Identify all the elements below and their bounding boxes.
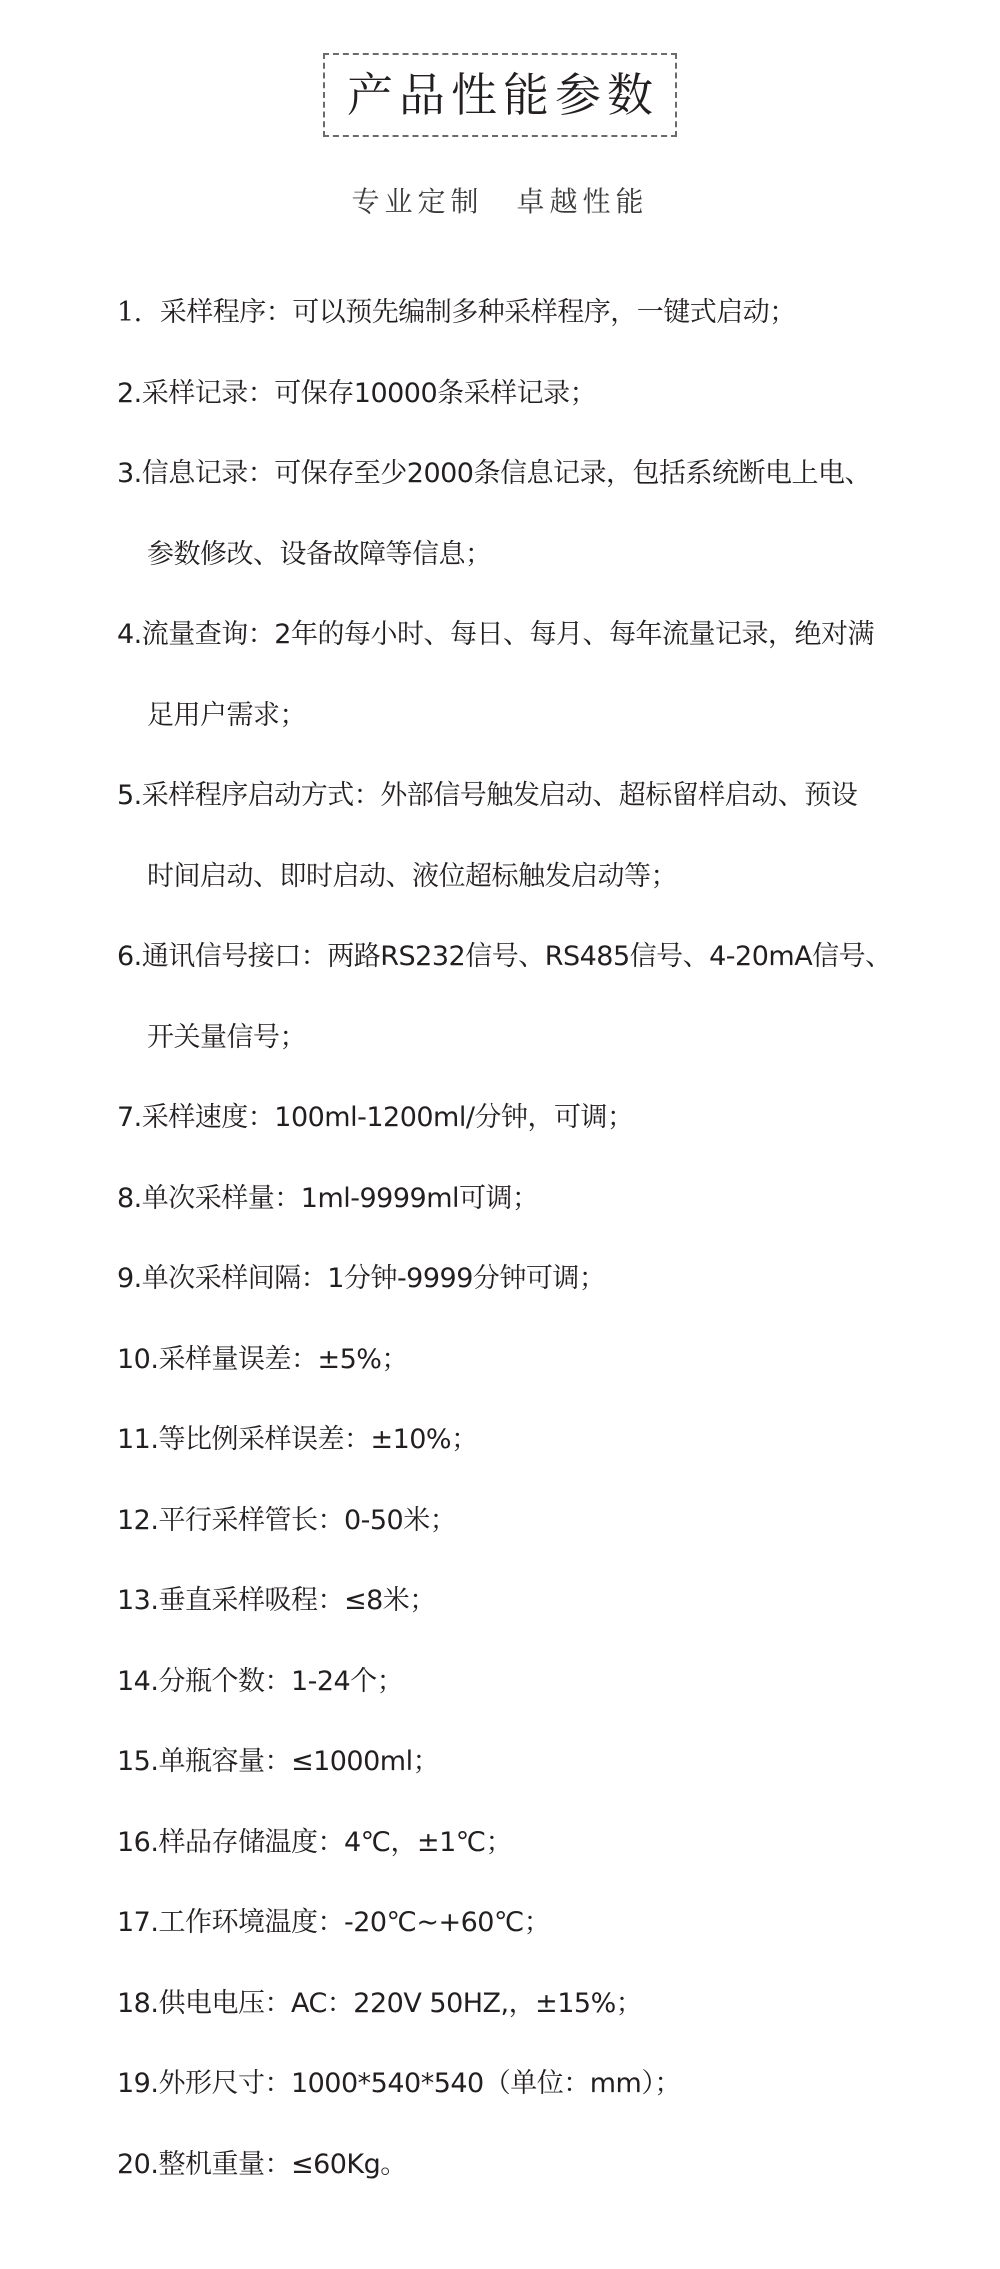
- spec-item-14: 14.分瓶个数：1-24个；: [117, 1662, 957, 1743]
- spec-item-19: 19.外形尺寸：1000*540*540（单位：mm）；: [117, 2064, 957, 2145]
- spec-list: 1.采样程序：可以预先编制多种采样程序，一键式启动； 2.采样记录：可保存100…: [117, 293, 957, 2225]
- spec-item-11: 11.等比例采样误差：±10%；: [117, 1420, 957, 1501]
- spec-item-12: 12.平行采样管长：0-50米；: [117, 1501, 957, 1582]
- spec-item-13: 13.垂直采样吸程：≤8米；: [117, 1581, 957, 1662]
- spec-item-1: 1.采样程序：可以预先编制多种采样程序，一键式启动；: [117, 293, 957, 374]
- spec-item-16: 16.样品存储温度：4℃，±1℃；: [117, 1823, 957, 1904]
- spec-item-6: 6.通讯信号接口：两路RS232信号、RS485信号、4-20mA信号、: [117, 937, 957, 1018]
- spec-item-18: 18.供电电压：AC：220V 50HZ,，±15%；: [117, 1984, 957, 2065]
- spec-item-7: 7.采样速度：100ml-1200ml/分钟，可调；: [117, 1098, 957, 1179]
- spec-item-20: 20.整机重量：≤60Kg。: [117, 2145, 957, 2226]
- spec-item-15: 15.单瓶容量：≤1000ml；: [117, 1742, 957, 1823]
- spec-item-4: 4.流量查询：2年的每小时、每日、每月、每年流量记录，绝对满: [117, 615, 957, 696]
- page-subtitle: 专业定制 卓越性能: [0, 180, 1000, 220]
- spec-item-17: 17.工作环境温度：-20℃~+60℃；: [117, 1903, 957, 1984]
- spec-item-9: 9.单次采样间隔：1分钟-9999分钟可调；: [117, 1259, 957, 1340]
- page-title: 产品性能参数: [341, 72, 659, 118]
- spec-item-3-cont: 参数修改、设备故障等信息；: [117, 535, 957, 616]
- spec-item-3: 3.信息记录：可保存至少2000条信息记录，包括系统断电上电、: [117, 454, 957, 535]
- spec-item-4-cont: 足用户需求；: [117, 696, 957, 777]
- spec-item-2: 2.采样记录：可保存10000条采样记录；: [117, 374, 957, 455]
- title-frame: 产品性能参数: [323, 53, 677, 137]
- spec-item-5-cont: 时间启动、即时启动、液位超标触发启动等；: [117, 857, 957, 938]
- spec-item-6-cont: 开关量信号；: [117, 1018, 957, 1099]
- spec-item-10: 10.采样量误差：±5%；: [117, 1340, 957, 1421]
- spec-item-5: 5.采样程序启动方式：外部信号触发启动、超标留样启动、预设: [117, 776, 957, 857]
- spec-item-8: 8.单次采样量：1ml-9999ml可调；: [117, 1179, 957, 1260]
